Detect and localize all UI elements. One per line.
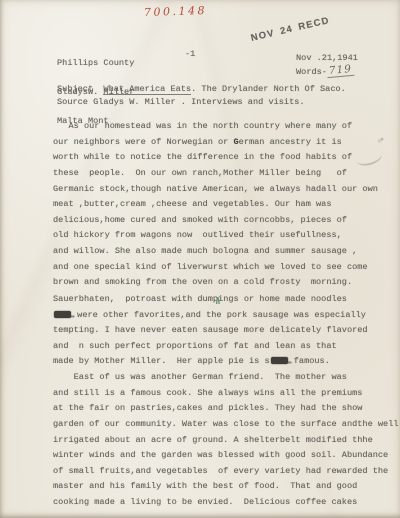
typed-line: of small fruits,and vegetables of every … <box>53 464 399 480</box>
word-count: Words-719 <box>296 65 354 78</box>
typed-text-segment: famous. <box>289 356 330 366</box>
header-date: Nov .21,1941 <box>296 53 358 63</box>
typed-line: made by Mother Miller. Her apple pie is … <box>53 354 399 370</box>
typed-line: East of us was another German friend. Th… <box>53 370 399 386</box>
typed-line: and one special kind of liverwurst which… <box>53 260 399 276</box>
subject-rest: . The Drylander North Of Saco. <box>191 84 346 94</box>
typed-line: were other favorites,and the pork sausag… <box>53 308 399 324</box>
word-count-label: Words- <box>296 67 327 77</box>
header-county: Phillips County <box>57 59 134 69</box>
handwritten-catalog-number: 700.148 <box>144 4 207 19</box>
typed-line: delicious,home cured and smoked with cor… <box>53 213 399 229</box>
typed-line: and willow. She also made much bologna a… <box>53 244 399 260</box>
typed-line: cooking made a living to be envied. Deli… <box>53 495 399 511</box>
typed-line: As our homestead was in the north countr… <box>53 119 399 135</box>
typed-text-segment: were other favorites,and the pork sausag… <box>72 310 366 320</box>
typed-line: Sauerbhaten, potroast with dump∧ings or … <box>53 291 399 308</box>
typed-text-segment: ings or home made noodles <box>218 294 347 304</box>
typed-line: brown and smoking from the oven on a col… <box>53 275 399 291</box>
typed-line: at the fair on pastries,cakes and pickle… <box>53 401 399 417</box>
typed-text-segment: Sauerbhaten, potroast with dump <box>53 294 218 304</box>
typed-body: As our homestead was in the north countr… <box>53 119 399 511</box>
subject-line: Subject What America Eats. The Drylander… <box>57 84 346 94</box>
typed-line: these people. On our own ranch,Mother Mi… <box>53 166 399 182</box>
ink-blot-mark <box>271 357 288 364</box>
typed-line: garden of our community. Water was close… <box>53 417 399 433</box>
ink-blot-mark <box>54 311 71 318</box>
typed-line: old hickory from wagons now outlived the… <box>53 228 399 244</box>
handwritten-word-count: 719 <box>326 63 354 78</box>
source-line: Source Gladys W. Miller . Interviews and… <box>57 97 305 107</box>
typed-line: and still is a famous cook. She always w… <box>53 386 399 402</box>
typed-text-segment: our neighbors were of Norwegian or <box>53 137 234 147</box>
typed-line: meat ,butter,cream ,cheese and vegetable… <box>53 197 399 213</box>
page-number: -1 <box>185 49 195 59</box>
typed-line: and n such perfect proportions of fat an… <box>53 339 399 355</box>
typed-text-segment: made by Mother Miller. Her apple pie is … <box>53 356 270 366</box>
subject-label: Subject <box>57 84 103 94</box>
typed-text-segment: erman ancestry it is <box>239 137 342 147</box>
scanned-document-page: 700.148 NOV 24 RECD Phillips County Glad… <box>0 0 400 518</box>
subject-title-underlined: What America Eats <box>103 84 191 95</box>
typed-line: worth while to notice the difference in … <box>53 150 399 166</box>
typed-line: irrigated about an acre of ground. A she… <box>53 433 399 449</box>
typed-line: winter winds and the garden was blessed … <box>53 448 399 464</box>
typed-line: tempting. I have never eaten sausage mor… <box>53 323 399 339</box>
typed-line: Germanic stock,though native American, w… <box>53 182 399 198</box>
received-date-stamp: NOV 24 RECD <box>250 15 331 44</box>
typed-line: our neighbors were of Norwegian or Germa… <box>53 135 399 151</box>
typed-line: master and his family with the best of f… <box>53 479 399 495</box>
